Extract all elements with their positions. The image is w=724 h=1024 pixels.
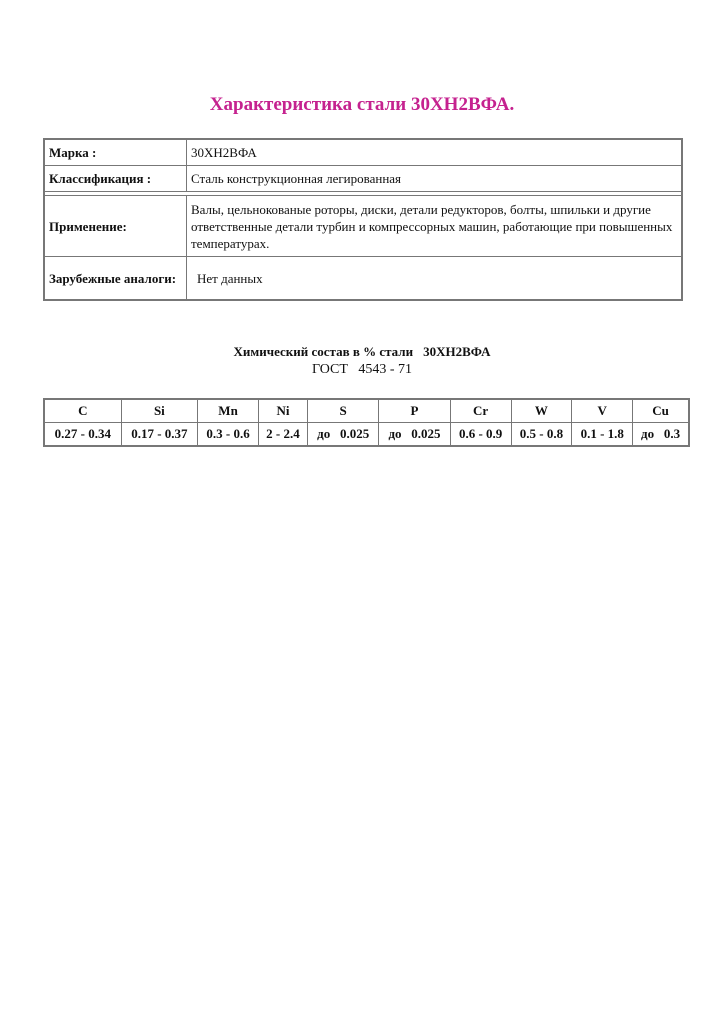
- classification-label: Классификация :: [44, 166, 187, 192]
- application-label: Применение:: [44, 196, 187, 257]
- chemical-composition-grade: 30ХН2ВФА: [423, 344, 490, 359]
- element-header-row: C Si Mn Ni S P Cr W V Cu: [44, 399, 689, 423]
- grade-value: 30ХН2ВФА: [187, 139, 683, 166]
- element-value: 0.1 - 1.8: [572, 423, 633, 447]
- element-header: Mn: [198, 399, 259, 423]
- element-header: Cu: [633, 399, 689, 423]
- chemical-composition-title: Химический состав в % стали: [234, 344, 414, 359]
- element-value: до 0.025: [379, 423, 450, 447]
- steel-info-table: Марка : 30ХН2ВФА Классификация : Сталь к…: [43, 138, 683, 301]
- element-value: до 0.3: [633, 423, 689, 447]
- element-header: Cr: [450, 399, 511, 423]
- element-header: V: [572, 399, 633, 423]
- info-row-grade: Марка : 30ХН2ВФА: [44, 139, 682, 166]
- grade-label: Марка :: [44, 139, 187, 166]
- element-header: P: [379, 399, 450, 423]
- application-value: Валы, цельнокованые роторы, диски, детал…: [187, 196, 683, 257]
- classification-value: Сталь конструкционная легированная: [187, 166, 683, 192]
- element-header: Si: [121, 399, 198, 423]
- element-value: 0.27 - 0.34: [44, 423, 121, 447]
- info-row-analogs: Зарубежные аналоги: Нет данных: [44, 257, 682, 301]
- element-header: Ni: [258, 399, 307, 423]
- element-header: S: [307, 399, 378, 423]
- chemical-composition-table: C Si Mn Ni S P Cr W V Cu 0.27 - 0.34 0.1…: [43, 398, 690, 447]
- element-value: 0.5 - 0.8: [511, 423, 572, 447]
- info-row-application: Применение: Валы, цельнокованые роторы, …: [44, 196, 682, 257]
- element-value: 0.3 - 0.6: [198, 423, 259, 447]
- element-value: 2 - 2.4: [258, 423, 307, 447]
- chemical-composition-heading: Химический состав в % стали30ХН2ВФА: [0, 344, 724, 360]
- element-value: 0.17 - 0.37: [121, 423, 198, 447]
- element-header: C: [44, 399, 121, 423]
- element-value: до 0.025: [307, 423, 378, 447]
- element-header: W: [511, 399, 572, 423]
- analogs-value: Нет данных: [187, 257, 683, 301]
- element-value-row: 0.27 - 0.34 0.17 - 0.37 0.3 - 0.6 2 - 2.…: [44, 423, 689, 447]
- info-row-classification: Классификация : Сталь конструкционная ле…: [44, 166, 682, 192]
- gost-standard: ГОСТ 4543 - 71: [0, 362, 724, 378]
- page-title: Характеристика стали 30ХН2ВФА.: [0, 94, 724, 116]
- element-value: 0.6 - 0.9: [450, 423, 511, 447]
- analogs-label: Зарубежные аналоги:: [44, 257, 187, 301]
